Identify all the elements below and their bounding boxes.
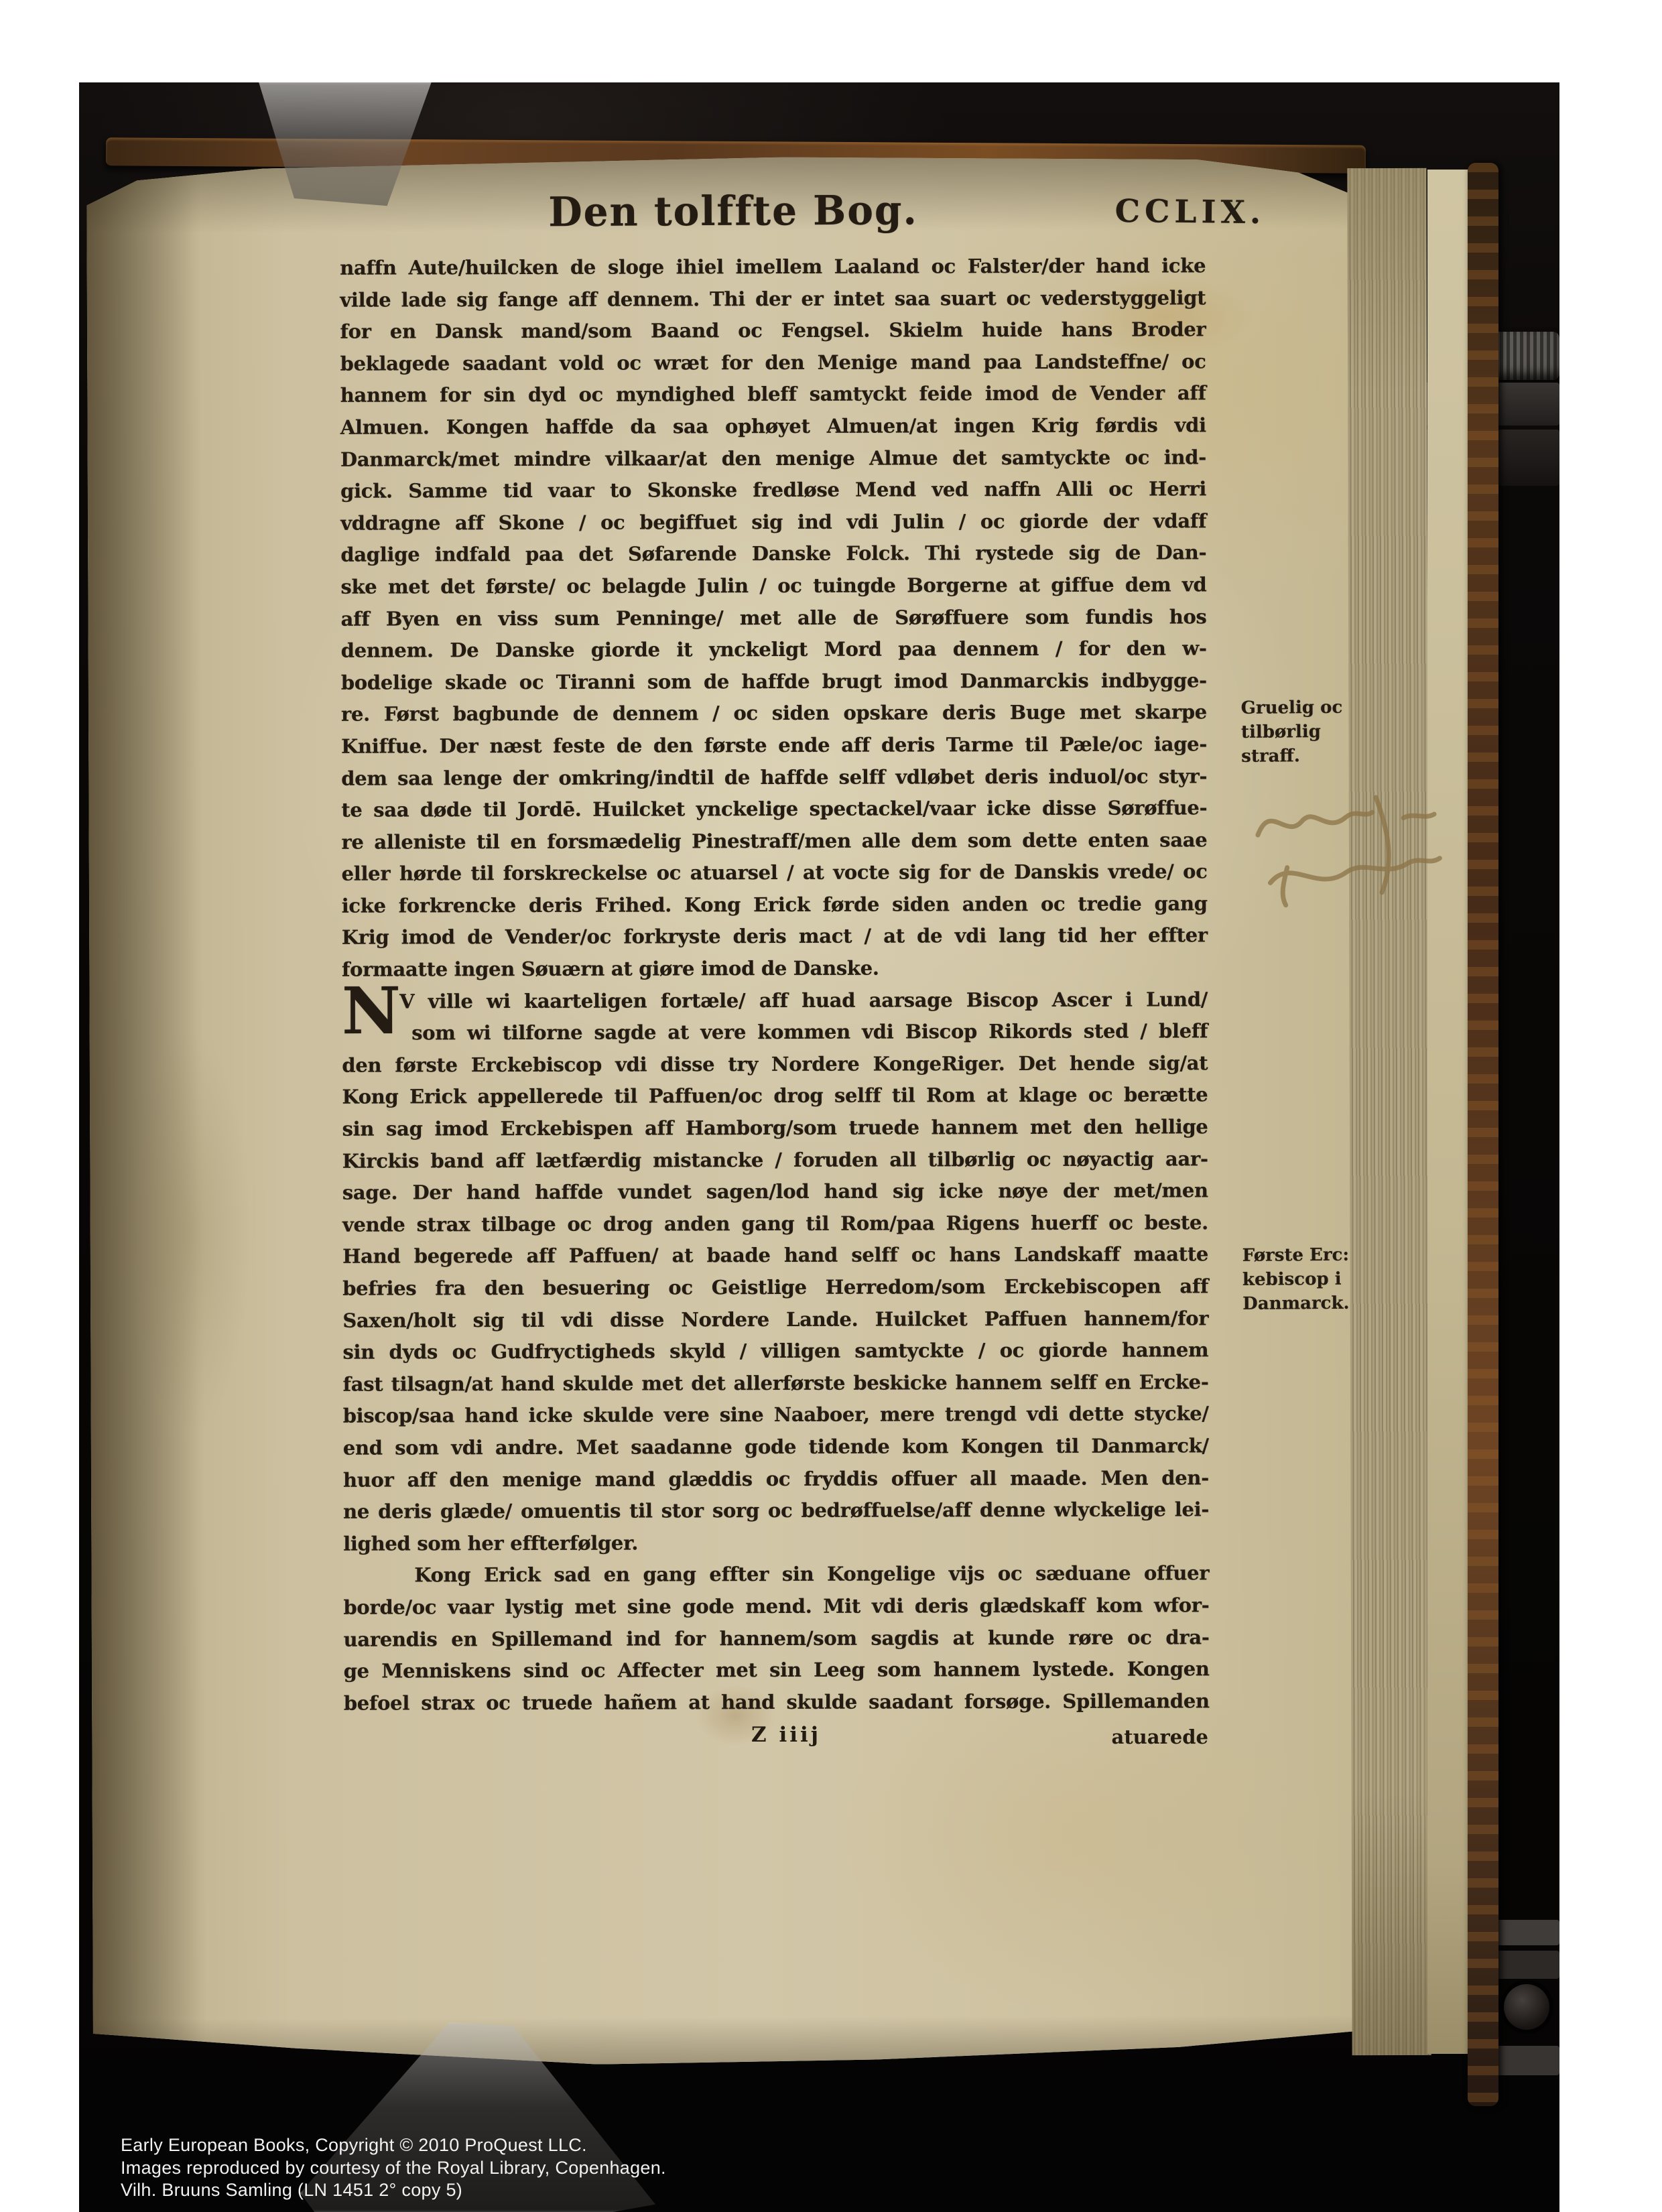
text-line: befries fra den besuering oc Geistlige H…: [342, 1271, 1208, 1305]
text-line: beklagede saadant vold oc wræt for den M…: [340, 346, 1206, 380]
text-line: end som vdi andre. Met saadanne gode tid…: [343, 1430, 1209, 1464]
text-line: Saxen/holt sig til vdi disse Nordere Lan…: [342, 1303, 1208, 1337]
text-line: aff Byen en viss sum Penninge/ met alle …: [341, 601, 1207, 635]
text-block-fore-edge: [1347, 168, 1431, 2055]
text-line: uarendis en Spillemand ind for hannem/so…: [343, 1622, 1209, 1656]
text-line: dem saa lenge der omkring/indtil de haff…: [341, 761, 1207, 795]
text-line: Kirckis band aff lætfærdig mistancke / f…: [342, 1143, 1208, 1177]
scanner-knob-round: [1504, 1984, 1549, 2030]
text-line: Krig imod de Vender/oc forkryste deris m…: [342, 920, 1208, 954]
text-line: ne deris glæde/ omuentis til stor sorg o…: [343, 1494, 1209, 1528]
text-line: ge Menniskens sind oc Affecter met sin L…: [344, 1653, 1210, 1687]
margin-note-line: Gruelig oc: [1241, 695, 1409, 720]
text-line: Kong Erick appellerede til Paffuen/oc dr…: [342, 1080, 1208, 1114]
text-line: hannem for sin dyd oc myndighed bleff sa…: [340, 378, 1206, 412]
margin-note-line: straff.: [1241, 743, 1409, 769]
text-line: daglige indfald paa det Søfarende Danske…: [340, 537, 1206, 572]
text-line: Kong Erick sad en gang effter sin Kongel…: [343, 1558, 1209, 1592]
margin-note-line: kebiscop i: [1242, 1266, 1410, 1292]
text-line: bodelige skade oc Tiranni som de haffde …: [341, 665, 1207, 699]
text-line: den første Erckebiscop vdi disse try Nor…: [342, 1047, 1208, 1082]
margin-note: Gruelig oc tilbørlig straff.: [1241, 695, 1409, 769]
text-line: som wi tilforne sagde at vere kommen vdi…: [342, 1016, 1208, 1050]
text-line: te saa døde til Jordē. Huilcket ynckelig…: [341, 792, 1207, 826]
caption-line: Early European Books, Copyright © 2010 P…: [121, 2134, 1059, 2157]
signature-mark: Z iiij: [719, 1723, 853, 1747]
body-text: naffn Aute/huilcken de sloge ihiel imell…: [340, 250, 1210, 1719]
text-line: formaatte ingen Søuærn at giøre imod de …: [342, 952, 1208, 986]
margin-note: Første Erc: kebiscop i Danmarck.: [1242, 1242, 1411, 1316]
text-line: naffn Aute/huilcken de sloge ihiel imell…: [340, 250, 1206, 284]
text-line: Hand begerede aff Paffuen/ at baade hand…: [342, 1239, 1208, 1273]
margin-note-line: tilbørlig: [1241, 719, 1409, 744]
caption-line: Images reproduced by courtesy of the Roy…: [121, 2157, 1059, 2180]
text-line: ske met det første/ oc belagde Julin / o…: [340, 569, 1206, 603]
catchword: atuarede: [1071, 1726, 1208, 1748]
margin-note-line: Danmarck.: [1242, 1291, 1410, 1316]
book-scan-photo: Den tolffte Bog. CCLIX. N naffn Aute/hui…: [79, 82, 1559, 2212]
text-line: vddragne aff Skone / oc begiffuet sig in…: [340, 505, 1206, 539]
text-line: Almuen. Kongen haffde da saa ophøyet Alm…: [340, 409, 1206, 444]
text-line: sage. Der hand haffde vundet sagen/lod h…: [342, 1175, 1208, 1210]
text-line: vende strax tilbage oc drog anden gang t…: [342, 1207, 1208, 1241]
text-line: vilde lade sig fange aff dennem. Thi der…: [340, 282, 1206, 316]
text-line: dennem. De Danske giorde it ynckeligt Mo…: [341, 633, 1207, 667]
text-line: lighed som her effterfølger.: [343, 1526, 1209, 1560]
text-line: sin dyds oc Gudfryctigheds skyld / villi…: [342, 1334, 1208, 1368]
text-line: sin sag imod Erckebispen aff Hamborg/som…: [342, 1111, 1208, 1145]
text-line: befoel strax oc truede hañem at hand sku…: [344, 1685, 1210, 1719]
text-line: eller hørde til forskreckelse oc atuarse…: [342, 856, 1208, 891]
attribution-caption: Early European Books, Copyright © 2010 P…: [121, 2134, 1059, 2202]
handwritten-marginalia: [1244, 775, 1470, 930]
text-line: huor aff den menige mand glæddis oc fryd…: [343, 1462, 1209, 1496]
text-line: fast tilsagn/at hand skulde met det alle…: [342, 1366, 1208, 1401]
text-line: icke forkrencke deris Frihed. Kong Erick…: [342, 888, 1208, 922]
text-line: for en Dansk mand/som Baand oc Fengsel. …: [340, 314, 1206, 348]
text-line: Kniffue. Der næst feste de den første en…: [341, 728, 1207, 763]
margin-note-line: Første Erc:: [1242, 1242, 1410, 1268]
text-line: borde/oc vaar lystig met sine gode mend.…: [343, 1589, 1209, 1624]
text-line: re. Først bagbunde de dennem / oc siden …: [341, 697, 1207, 731]
text-line: gick. Samme tid vaar to Skonske fredløse…: [340, 473, 1206, 507]
text-line: V ville wi kaarteligen fortæle/ aff huad…: [342, 984, 1208, 1018]
text-line: biscop/saa hand icke skulde vere sine Na…: [343, 1398, 1209, 1433]
page-bottom-shade: [93, 2015, 1356, 2067]
page-header-title: Den tolffte Bog.: [300, 185, 1166, 237]
gutter-shadow: [86, 159, 207, 2067]
text-line: Danmarck/met mindre vilkaar/at den menig…: [340, 442, 1206, 476]
fore-edge-light-band: [1427, 170, 1469, 2054]
book-cover-edge: [1468, 163, 1498, 2106]
caption-line: Vilh. Bruuns Samling (LN 1451 2° copy 5): [121, 2179, 1059, 2202]
folio-number: CCLIX.: [1103, 193, 1278, 232]
text-line: re alleniste til en forsmædelig Pinestra…: [341, 824, 1207, 858]
